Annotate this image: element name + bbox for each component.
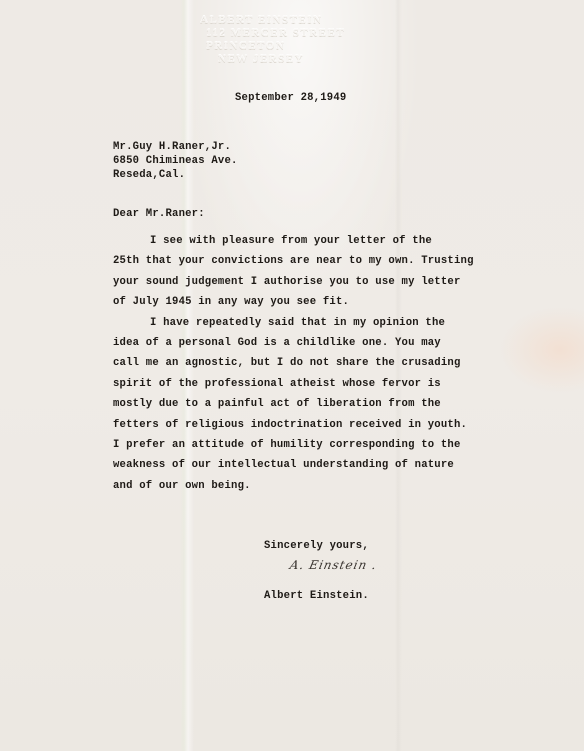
body-line: I prefer an attitude of humility corresp… (113, 435, 474, 455)
letterhead-line: 112 Mercer Street (200, 27, 390, 40)
body-line: call me an agnostic, but I do not share … (113, 353, 474, 373)
letter-body: I see with pleasure from your letter of … (113, 231, 474, 496)
body-line: your sound judgement I authorise you to … (113, 272, 474, 292)
handwritten-signature: A. Einstein . (289, 558, 379, 572)
recipient-name: Mr.Guy H.Raner,Jr. (113, 140, 238, 154)
typed-signatory-name: Albert Einstein. (264, 590, 369, 602)
body-line: spirit of the professional atheist whose… (113, 374, 474, 394)
embossed-letterhead: Albert Einstein 112 Mercer Street Prince… (200, 14, 390, 66)
salutation: Dear Mr.Raner: (113, 208, 205, 220)
body-line: 25th that your convictions are near to m… (113, 251, 474, 271)
recipient-street: 6850 Chimineas Ave. (113, 154, 238, 168)
recipient-address: Mr.Guy H.Raner,Jr. 6850 Chimineas Ave. R… (113, 140, 238, 182)
body-line: of July 1945 in any way you see fit. (113, 292, 474, 312)
recipient-city: Reseda,Cal. (113, 168, 238, 182)
body-line: fetters of religious indoctrination rece… (113, 415, 474, 435)
body-line: idea of a personal God is a childlike on… (113, 333, 474, 353)
body-line: weakness of our intellectual understandi… (113, 455, 474, 475)
letterhead-line: New Jersey (200, 53, 390, 66)
closing: Sincerely yours, (264, 540, 369, 552)
body-line: I see with pleasure from your letter of … (113, 231, 474, 251)
letterhead-line: Albert Einstein (200, 14, 390, 27)
body-line: and of our own being. (113, 476, 474, 496)
letter-page: Albert Einstein 112 Mercer Street Prince… (0, 0, 584, 751)
body-line: I have repeatedly said that in my opinio… (113, 313, 474, 333)
letterhead-line: Princeton (200, 40, 390, 53)
letter-date: September 28,1949 (235, 92, 346, 104)
body-line: mostly due to a painful act of liberatio… (113, 394, 474, 414)
